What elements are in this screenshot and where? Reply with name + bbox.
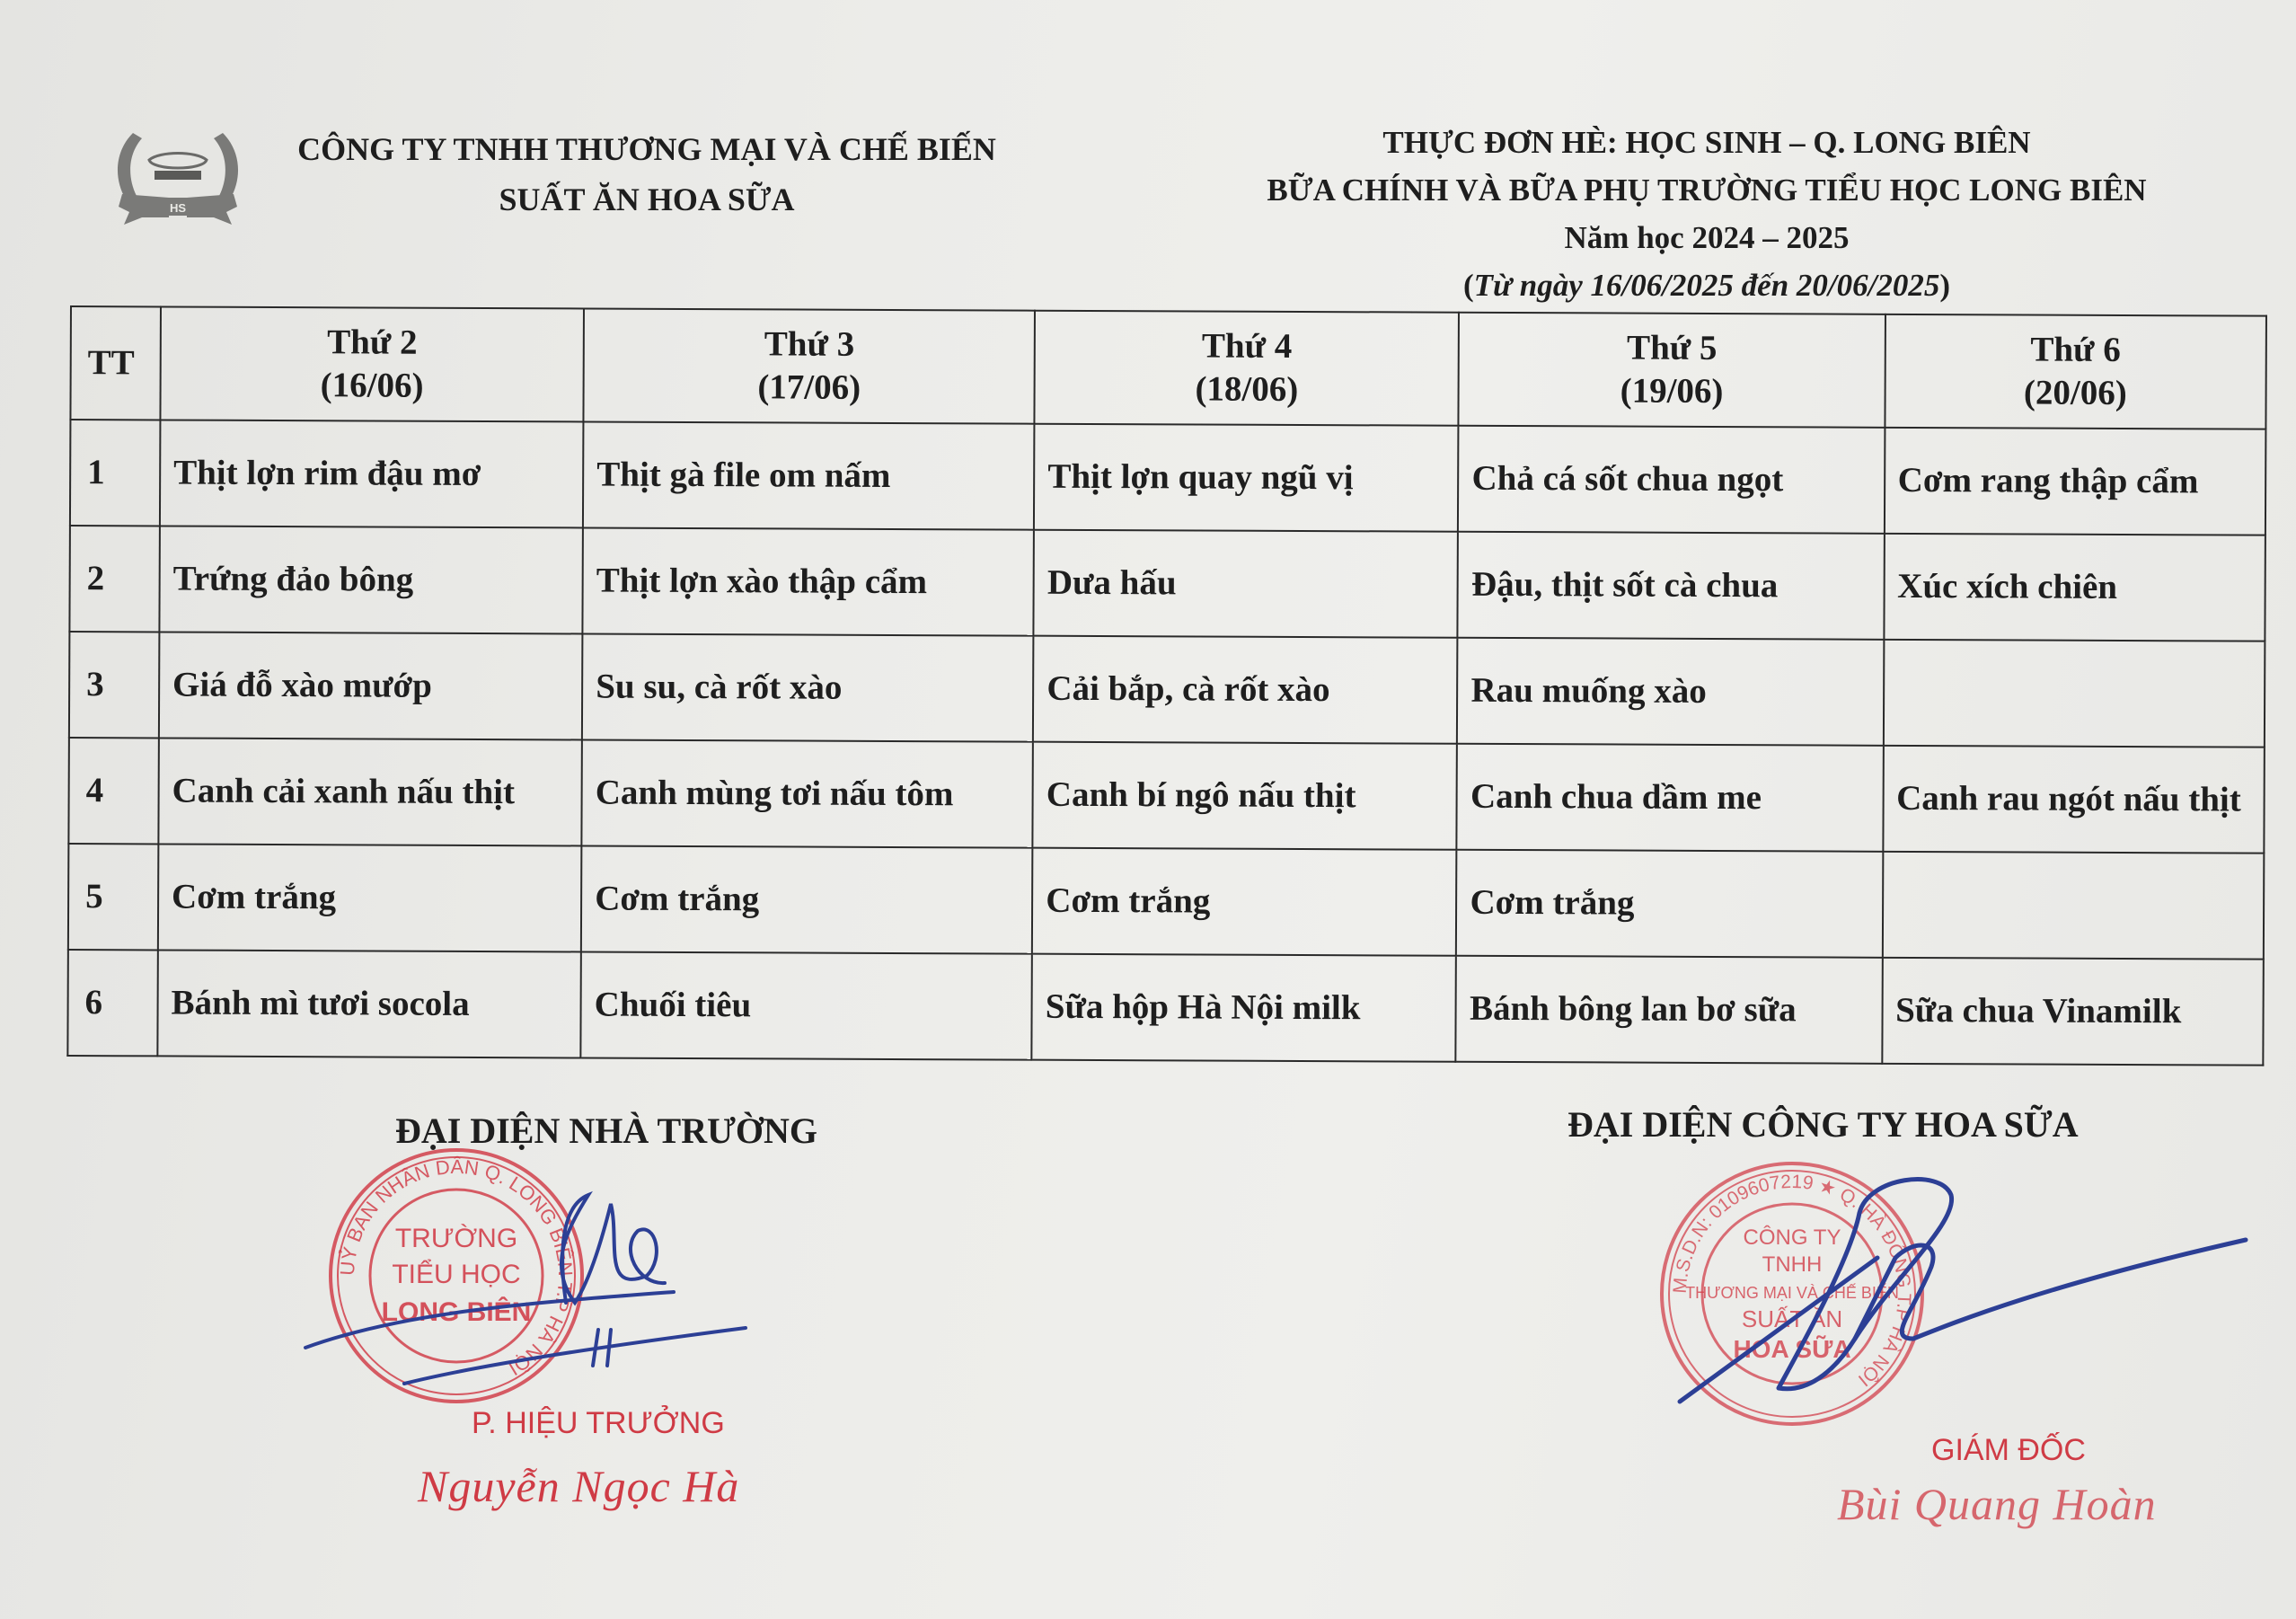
wreath-logo-icon: HS: [106, 124, 250, 230]
school-year: Năm học 2024 – 2025: [1204, 214, 2210, 261]
company-line-2: SUẤT ĂN HOA SỮA: [261, 174, 1033, 225]
row-number: 6: [67, 950, 157, 1056]
menu-cell: Cơm trắng: [1032, 848, 1457, 956]
menu-title: THỰC ĐƠN HÈ: HỌC SINH – Q. LONG BIÊN: [1204, 119, 2210, 166]
menu-cell: Rau muống xào: [1457, 638, 1884, 746]
row-number: 5: [68, 844, 158, 950]
menu-cell: Chuối tiêu: [580, 951, 1032, 1059]
menu-cell: Chả cá sốt chua ngọt: [1458, 426, 1885, 534]
menu-cell: Thịt lợn quay ngũ vị: [1034, 424, 1459, 532]
company-name: CÔNG TY TNHH THƯƠNG MẠI VÀ CHẾ BIẾN SUẤT…: [261, 124, 1033, 225]
menu-cell: Cơm trắng: [158, 844, 582, 951]
menu-subtitle: BỮA CHÍNH VÀ BỮA PHỤ TRƯỜNG TIỂU HỌC LON…: [1204, 166, 2210, 214]
row-number: 2: [69, 526, 159, 632]
menu-cell: Cải bắp, cà rốt xào: [1033, 636, 1458, 744]
column-header-day: Thứ 3(17/06): [584, 308, 1036, 423]
column-header-day: Thứ 4(18/06): [1035, 311, 1460, 426]
menu-cell: Cơm trắng: [581, 845, 1033, 953]
company-signature-icon: [1671, 1159, 2264, 1411]
table-row: 2Trứng đảo bôngThịt lợn xào thập cẩmDưa …: [69, 526, 2265, 641]
document-page: HS CÔNG TY TNHH THƯƠNG MẠI VÀ CHẾ BIẾN S…: [0, 0, 2296, 1619]
menu-cell: [1882, 852, 2264, 960]
menu-cell: Xúc xích chiên: [1884, 534, 2265, 641]
company-signer-name: Bùi Quang Hoàn: [1837, 1478, 2157, 1530]
table-row: 6Bánh mì tươi socolaChuối tiêuSữa hộp Hà…: [67, 950, 2263, 1066]
menu-title-block: THỰC ĐƠN HÈ: HỌC SINH – Q. LONG BIÊN BỮA…: [1204, 119, 2210, 309]
menu-cell: Thịt lợn rim đậu mơ: [160, 420, 584, 527]
menu-cell: Cơm trắng: [1456, 850, 1883, 958]
date-range: (Từ ngày 16/06/2025 đến 20/06/2025): [1204, 261, 2210, 309]
menu-cell: Canh bí ngô nấu thịt: [1033, 742, 1458, 850]
row-number: 1: [70, 420, 160, 526]
table-row: 4Canh cải xanh nấu thịtCanh mùng tơi nấu…: [68, 738, 2264, 854]
weekly-menu-table: TT Thứ 2(16/06) Thứ 3(17/06) Thứ 4(18/06…: [66, 305, 2267, 1066]
menu-cell: Sữa hộp Hà Nội milk: [1032, 954, 1457, 1062]
menu-cell: [1883, 640, 2265, 748]
menu-cell: Sữa chua Vinamilk: [1882, 958, 2264, 1066]
menu-cell: Canh cải xanh nấu thịt: [158, 738, 582, 845]
menu-cell: Giá đỗ xào mướp: [159, 632, 583, 739]
table-header-row: TT Thứ 2(16/06) Thứ 3(17/06) Thứ 4(18/06…: [70, 306, 2266, 429]
table-row: 3Giá đỗ xào mướpSu su, cà rốt xàoCải bắp…: [69, 632, 2265, 748]
table-row: 5Cơm trắngCơm trắngCơm trắngCơm trắng: [68, 844, 2264, 960]
company-representative-title: ĐẠI DIỆN CÔNG TY HOA SỮA: [1567, 1103, 2079, 1146]
company-line-1: CÔNG TY TNHH THƯƠNG MẠI VÀ CHẾ BIẾN: [261, 124, 1033, 174]
row-number: 4: [68, 738, 158, 844]
svg-text:HS: HS: [170, 201, 186, 215]
menu-cell: Dưa hấu: [1034, 530, 1459, 638]
menu-cell: Canh mùng tơi nấu tôm: [582, 739, 1034, 847]
column-header-tt: TT: [70, 306, 161, 420]
school-signer-role: P. HIỆU TRƯỞNG: [472, 1406, 725, 1441]
menu-cell: Thịt lợn xào thập cẩm: [583, 527, 1035, 635]
menu-cell: Bánh mì tươi socola: [157, 950, 581, 1057]
menu-cell: Trứng đảo bông: [159, 526, 583, 633]
menu-cell: Bánh bông lan bơ sữa: [1456, 956, 1883, 1064]
menu-cell: Thịt gà file om nấm: [583, 421, 1035, 529]
menu-cell: Đậu, thịt sốt cà chua: [1458, 532, 1885, 640]
school-signature-icon: [296, 1168, 764, 1402]
column-header-day: Thứ 5(19/06): [1459, 313, 1885, 428]
menu-cell: Canh chua dầm me: [1457, 744, 1884, 852]
row-number: 3: [69, 632, 159, 738]
column-header-day: Thứ 2(16/06): [160, 306, 584, 421]
table-row: 1Thịt lợn rim đậu mơThịt gà file om nấmT…: [70, 420, 2265, 535]
menu-cell: Su su, cà rốt xào: [582, 633, 1034, 741]
company-signer-role: GIÁM ĐỐC: [1931, 1433, 2086, 1468]
menu-cell: Canh rau ngót nấu thịt: [1883, 746, 2265, 854]
column-header-day: Thứ 6(20/06): [1885, 314, 2266, 429]
school-signer-name: Nguyễn Ngọc Hà: [418, 1460, 739, 1512]
menu-cell: Cơm rang thập cẩm: [1884, 428, 2265, 535]
